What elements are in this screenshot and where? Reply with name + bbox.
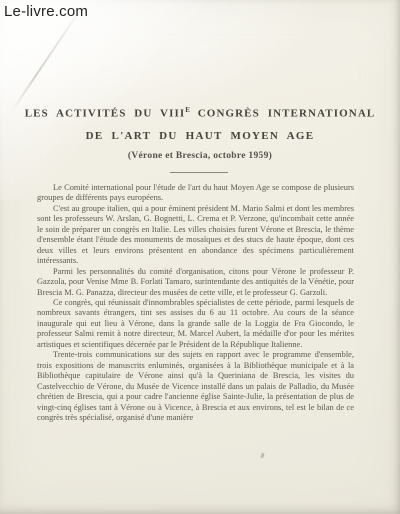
article-title-line2: DE L'ART DU HAUT MOYEN AGE [0, 130, 400, 142]
title-part-rest: CONGRÈS INTERNATIONAL [190, 108, 375, 120]
page-crease-line [10, 5, 84, 114]
paragraph: C'est au groupe italien, qui a pour émin… [37, 204, 354, 267]
article-subtitle: (Vérone et Brescia, octobre 1959) [0, 151, 400, 161]
watermark: Le-livre.com [4, 3, 88, 20]
paragraph: Le Comité international pour l'étude de … [37, 183, 354, 204]
article-title-block: LES ACTIVITÉS DU VIIIE CONGRÈS INTERNATI… [0, 106, 400, 161]
paragraph: Trente-trois communications sur des suje… [37, 350, 354, 423]
scanned-page: Le-livre.com LES ACTIVITÉS DU VIIIE CONG… [0, 0, 400, 514]
article-title-line1: LES ACTIVITÉS DU VIIIE CONGRÈS INTERNATI… [0, 106, 400, 120]
page-fold-highlight [0, 0, 210, 200]
scan-speck-artifact [260, 453, 264, 459]
paragraph: Ce congrès, qui réunissait d'innombrable… [37, 298, 354, 350]
article-body: Le Comité international pour l'étude de … [37, 183, 354, 423]
paragraph: Parmi les personnalités du comité d'orga… [37, 267, 354, 298]
title-divider-rule [170, 172, 228, 173]
title-part-main: LES ACTIVITÉS DU VIII [25, 108, 186, 120]
